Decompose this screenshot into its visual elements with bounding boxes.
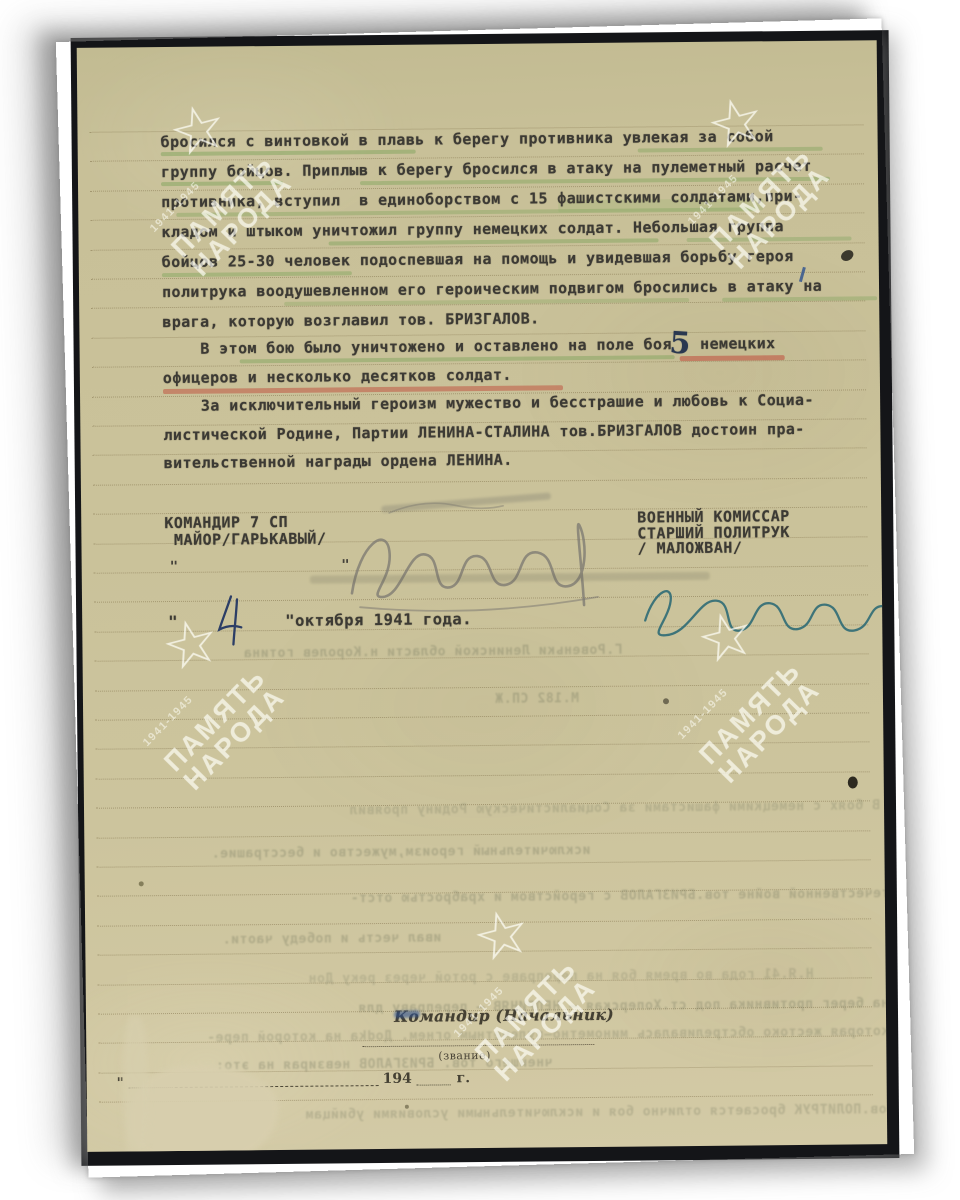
watermark-layer: ☆ 1941-1945 ПАМЯТЬНАРОДА ☆ 1941-1945 ПАМ… <box>77 40 877 48</box>
bleed-through-line: исключительный героизм,мужество и бесстр… <box>110 843 590 863</box>
ruled-line <box>95 712 869 720</box>
signature-left-block: КОМАНДИР 7 СП МАЙОР/ГАРЬКАВЫЙ/ <box>164 514 326 549</box>
watermark-title: ПАМЯТЬНАРОДА <box>695 656 826 788</box>
date-open-quote: " <box>168 613 178 631</box>
bleed-through-layer: Г.Ровеньки Ленинской области н.Королев г… <box>77 40 877 48</box>
watermark-title: ПАМЯТЬНАРОДА <box>160 664 291 796</box>
bleed-through-line: которая жестоко обстреливалась минометно… <box>109 1024 887 1046</box>
ruled-line <box>96 830 870 838</box>
bleed-through-line: Г.Ровеньки Ленинской области н.Королев г… <box>122 643 622 663</box>
form-rank-label: (звание) <box>438 1049 491 1063</box>
ruled-line <box>95 742 869 750</box>
smudge-mark <box>394 1010 420 1018</box>
speck-layer <box>77 40 877 48</box>
form-year-suffix: г. <box>457 1070 471 1086</box>
signature-left-quotes: "" <box>170 557 350 575</box>
typed-paragraph-bottom: В этом бою было уничтожено и оставлено н… <box>162 328 863 477</box>
ink-speck <box>405 1105 409 1109</box>
star-icon: ☆ <box>466 898 538 974</box>
ruled-line <box>93 477 867 485</box>
smudge-layer <box>77 40 877 48</box>
handwritten-day <box>214 592 249 646</box>
ink-signature <box>626 539 887 657</box>
ruled-line <box>97 947 871 955</box>
bleed-through-line: Отечественной войне тов.БРИЗГАЛОВ с геро… <box>108 886 887 909</box>
form-commander-label: Командир (Начальник) <box>394 1005 614 1026</box>
underline-marks-layer <box>77 40 877 48</box>
page-background: { "watermark": { "star": "☆", "years": "… <box>0 0 960 1200</box>
bleed-through-line: Н.Я.41 года во время боя на переправе с … <box>114 967 814 989</box>
bleed-through-line: В боях с немецкими фашистами за Социалис… <box>110 798 880 820</box>
pencil-signature <box>329 492 660 630</box>
form-blank-segment <box>417 1084 451 1085</box>
form-rank-line <box>362 1044 594 1047</box>
watermark-years: 1941-1945 <box>141 693 196 749</box>
ruled-lines <box>77 40 877 48</box>
date-line: " "октября 1941 года. <box>168 613 178 631</box>
typed-line: вительственной награды ордена ЛЕНИНА. <box>164 442 864 477</box>
document-scan: Г.Ровеньки Ленинской области н.Королев г… <box>71 30 900 1166</box>
ruled-line <box>96 771 870 779</box>
bleed-through-line: ивал честь и победу чаоти. <box>111 930 441 948</box>
ruled-line <box>97 918 871 926</box>
form-year-prefix: 194 <box>383 1071 412 1087</box>
torn-edge <box>122 1015 149 1152</box>
typed-paragraph-top: бросился с винтовкой в плавь к берегу пр… <box>160 120 862 337</box>
paper-sheet: Г.Ровеньки Ленинской области н.Королев г… <box>77 40 888 1152</box>
ink-speck <box>848 776 858 788</box>
ink-speck <box>139 881 144 886</box>
ruled-line <box>95 683 869 691</box>
bleed-through-line: М.182 СП.Ж <box>439 691 579 707</box>
date-text: "октября 1941 года. <box>285 610 472 630</box>
handwritten-number-5: 5 <box>669 326 692 362</box>
ink-speck <box>663 698 669 704</box>
torn-patch <box>128 1064 279 1152</box>
